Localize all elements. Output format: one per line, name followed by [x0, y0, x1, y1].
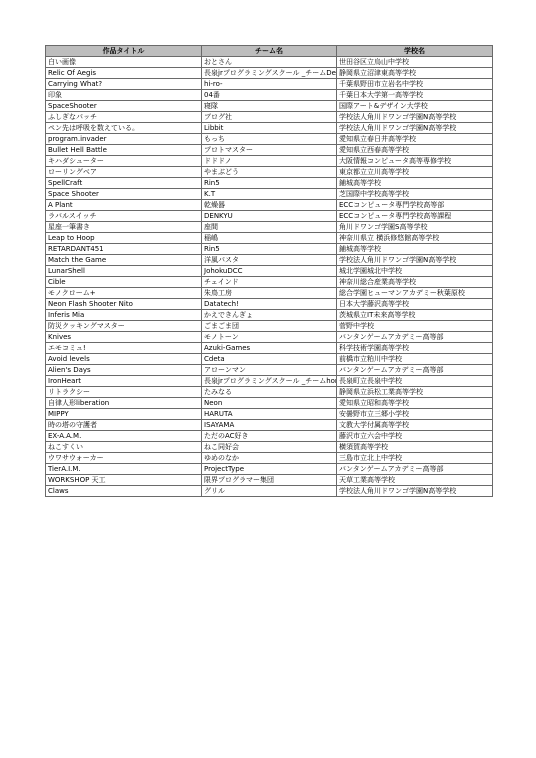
- school-name-cell: 横須賀高等学校: [337, 442, 493, 453]
- school-name-cell: 三島市立北上中学校: [337, 453, 493, 464]
- team-name-cell: Rin5: [202, 178, 337, 189]
- table-row: 自律人形liberationNeon愛知県立昭和高等学校: [46, 398, 493, 409]
- school-name-cell: 芝国際中学校高等学校: [337, 189, 493, 200]
- table-row: Clawsグリル学校法人角川ドワンゴ学園N高等学校: [46, 486, 493, 497]
- work-title-cell: 防災クッキングマスター: [46, 321, 202, 332]
- table-row: モノクローム+朱鳥工房総合学園ヒューマンアカデミー秋葉原校: [46, 288, 493, 299]
- team-name-cell: 座間: [202, 222, 337, 233]
- team-name-cell: ProjectType: [202, 464, 337, 475]
- work-title-cell: program.invader: [46, 134, 202, 145]
- school-name-cell: 茨城県立IT未来高等学校: [337, 310, 493, 321]
- team-name-cell: ゆめのなか: [202, 453, 337, 464]
- school-name-cell: 学校法人角川ドワンゴ学園N高等学校: [337, 112, 493, 123]
- team-name-cell: 洋風パスタ: [202, 255, 337, 266]
- team-name-cell: Cdeta: [202, 354, 337, 365]
- table-row: リトラクシーたみなる静岡県立浜松工業高等学校: [46, 387, 493, 398]
- school-name-cell: 学校法人角川ドワンゴ学園N高等学校: [337, 255, 493, 266]
- school-name-cell: 世田谷区立烏山中学校: [337, 57, 493, 68]
- table-row: ラバルスイッチDENKYUECCコンピュータ専門学校高等課程: [46, 211, 493, 222]
- header-title: 作品タイトル: [46, 46, 202, 57]
- table-row: SpellCraftRin5鋪城高等学校: [46, 178, 493, 189]
- table-row: エモコミュ!Azuki-Games科学技術学園高等学校: [46, 343, 493, 354]
- team-name-cell: 長泉jrプログラミングスクール _チームhorse: [202, 376, 337, 387]
- team-name-cell: おとさん: [202, 57, 337, 68]
- school-name-cell: 科学技術学園高等学校: [337, 343, 493, 354]
- table-row: Neon Flash Shooter NitoDatatech!日本大学藤沢高等…: [46, 299, 493, 310]
- school-name-cell: 神奈川総合産業高等学校: [337, 277, 493, 288]
- school-name-cell: 神奈川県立 横浜修悠館高等学校: [337, 233, 493, 244]
- team-name-cell: Datatech!: [202, 299, 337, 310]
- team-name-cell: ISAYAMA: [202, 420, 337, 431]
- work-title-cell: Alien's Days: [46, 365, 202, 376]
- work-title-cell: ウワサウォーカー: [46, 453, 202, 464]
- work-title-cell: Relic Of Aegis: [46, 68, 202, 79]
- team-name-cell: 稲嶋: [202, 233, 337, 244]
- table-row: SpaceShooter寝隊国際アート&デザイン大学校: [46, 101, 493, 112]
- work-title-cell: キハダシューター: [46, 156, 202, 167]
- table-row: 星座一筆書き座間角川ドワンゴ学園S高等学校: [46, 222, 493, 233]
- team-name-cell: HARUTA: [202, 409, 337, 420]
- work-title-cell: EX-A.A.M.: [46, 431, 202, 442]
- header-row: 作品タイトル チーム名 学校名: [46, 46, 493, 57]
- table-row: Carrying What?hi-ro-千葉県野田市立岩名中学校: [46, 79, 493, 90]
- team-name-cell: Rin5: [202, 244, 337, 255]
- team-name-cell: ブログ社: [202, 112, 337, 123]
- work-title-cell: Neon Flash Shooter Nito: [46, 299, 202, 310]
- school-name-cell: 菅野中学校: [337, 321, 493, 332]
- table-row: Match the Game洋風パスタ学校法人角川ドワンゴ学園N高等学校: [46, 255, 493, 266]
- school-name-cell: 東京都立立川高等学校: [337, 167, 493, 178]
- work-title-cell: ローリングベア: [46, 167, 202, 178]
- school-name-cell: バンタンゲームアカデミー高等部: [337, 332, 493, 343]
- school-name-cell: ECCコンピュータ専門学校高等課程: [337, 211, 493, 222]
- table-row: ローリングベアやまぶどう東京都立立川高等学校: [46, 167, 493, 178]
- team-name-cell: ねこ同好会: [202, 442, 337, 453]
- school-name-cell: 千葉日本大学第一高等学校: [337, 90, 493, 101]
- work-title-cell: MIPPY: [46, 409, 202, 420]
- table-row: WORKSHOP 天工限界プログラマー集団天草工業高等学校: [46, 475, 493, 486]
- table-row: 白い画像おとさん世田谷区立烏山中学校: [46, 57, 493, 68]
- work-title-cell: Carrying What?: [46, 79, 202, 90]
- team-name-cell: Libbit: [202, 123, 337, 134]
- table-row: MIPPYHARUTA安曇野市立三郷小学校: [46, 409, 493, 420]
- team-name-cell: Azuki-Games: [202, 343, 337, 354]
- school-name-cell: バンタンゲームアカデミー高等部: [337, 365, 493, 376]
- table-body: 白い画像おとさん世田谷区立烏山中学校Relic Of Aegis長泉jrプログラ…: [46, 57, 493, 497]
- work-title-cell: SpellCraft: [46, 178, 202, 189]
- table-row: 防災クッキングマスターごまごま団菅野中学校: [46, 321, 493, 332]
- school-name-cell: 日本大学藤沢高等学校: [337, 299, 493, 310]
- work-title-cell: RETARDANT451: [46, 244, 202, 255]
- header-team: チーム名: [202, 46, 337, 57]
- work-title-cell: ねこすくい: [46, 442, 202, 453]
- work-title-cell: LunarShell: [46, 266, 202, 277]
- work-title-cell: IronHeart: [46, 376, 202, 387]
- work-title-cell: Avoid levels: [46, 354, 202, 365]
- team-name-cell: もっち: [202, 134, 337, 145]
- school-name-cell: 国際アート&デザイン大学校: [337, 101, 493, 112]
- school-name-cell: 鋪城高等学校: [337, 244, 493, 255]
- work-title-cell: ラバルスイッチ: [46, 211, 202, 222]
- table-row: ウワサウォーカーゆめのなか三島市立北上中学校: [46, 453, 493, 464]
- team-name-cell: hi-ro-: [202, 79, 337, 90]
- school-name-cell: 総合学園ヒューマンアカデミー秋葉原校: [337, 288, 493, 299]
- team-name-cell: 04番: [202, 90, 337, 101]
- table-row: Space ShooterK.T芝国際中学校高等学校: [46, 189, 493, 200]
- team-name-cell: 乾燥器: [202, 200, 337, 211]
- school-name-cell: 愛知県立西春高等学校: [337, 145, 493, 156]
- work-title-cell: モノクローム+: [46, 288, 202, 299]
- work-title-cell: 自律人形liberation: [46, 398, 202, 409]
- table-row: Cibleチェインド神奈川総合産業高等学校: [46, 277, 493, 288]
- table-row: キハダシュータードドドノ大阪情報コンピュータ高等専修学校: [46, 156, 493, 167]
- work-title-cell: 星座一筆書き: [46, 222, 202, 233]
- school-name-cell: 学校法人角川ドワンゴ学園N高等学校: [337, 486, 493, 497]
- work-title-cell: SpaceShooter: [46, 101, 202, 112]
- work-title-cell: エモコミュ!: [46, 343, 202, 354]
- team-name-cell: Neon: [202, 398, 337, 409]
- table-row: Avoid levelsCdeta前橋市立粕川中学校: [46, 354, 493, 365]
- school-name-cell: ECCコンピュータ専門学校高等部: [337, 200, 493, 211]
- school-name-cell: 安曇野市立三郷小学校: [337, 409, 493, 420]
- team-name-cell: 朱鳥工房: [202, 288, 337, 299]
- team-name-cell: アローンマン: [202, 365, 337, 376]
- school-name-cell: バンタンゲームアカデミー高等部: [337, 464, 493, 475]
- table-row: EX-A.A.M.ただのAC好き藤沢市立六会中学校: [46, 431, 493, 442]
- school-name-cell: 学校法人角川ドワンゴ学園N高等学校: [337, 123, 493, 134]
- table-row: Alien's Daysアローンマンバンタンゲームアカデミー高等部: [46, 365, 493, 376]
- school-name-cell: 大阪情報コンピュータ高等専修学校: [337, 156, 493, 167]
- school-name-cell: 静岡県立沼津東高等学校: [337, 68, 493, 79]
- work-title-cell: WORKSHOP 天工: [46, 475, 202, 486]
- table-row: ねこすくいねこ同好会横須賀高等学校: [46, 442, 493, 453]
- table-row: program.invaderもっち愛知県立春日井高等学校: [46, 134, 493, 145]
- team-name-cell: DENKYU: [202, 211, 337, 222]
- table-row: Leap to Hoop稲嶋神奈川県立 横浜修悠館高等学校: [46, 233, 493, 244]
- team-name-cell: ごまごま団: [202, 321, 337, 332]
- team-name-cell: K.T: [202, 189, 337, 200]
- work-title-cell: Inferis Mia: [46, 310, 202, 321]
- work-title-cell: Knives: [46, 332, 202, 343]
- table-row: Knivesモノトーンバンタンゲームアカデミー高等部: [46, 332, 493, 343]
- school-name-cell: 角川ドワンゴ学園S高等学校: [337, 222, 493, 233]
- team-name-cell: やまぶどう: [202, 167, 337, 178]
- table-row: 時の塔の守護者ISAYAMA文教大学付属高等学校: [46, 420, 493, 431]
- work-title-cell: 時の塔の守護者: [46, 420, 202, 431]
- team-name-cell: プロトマスター: [202, 145, 337, 156]
- table-row: A Plant乾燥器ECCコンピュータ専門学校高等部: [46, 200, 493, 211]
- table-row: RETARDANT451Rin5鋪城高等学校: [46, 244, 493, 255]
- entries-table: 作品タイトル チーム名 学校名 白い画像おとさん世田谷区立烏山中学校Relic …: [45, 45, 493, 497]
- school-name-cell: 鋪城高等学校: [337, 178, 493, 189]
- work-title-cell: ふしぎなパッチ: [46, 112, 202, 123]
- work-title-cell: A Plant: [46, 200, 202, 211]
- table-row: LunarShellJohokuDCC城北学園城北中学校: [46, 266, 493, 277]
- work-title-cell: リトラクシー: [46, 387, 202, 398]
- work-title-cell: ペン先は呼吸を数えている。: [46, 123, 202, 134]
- work-title-cell: TierA.I.M.: [46, 464, 202, 475]
- team-name-cell: JohokuDCC: [202, 266, 337, 277]
- table-row: ふしぎなパッチブログ社学校法人角川ドワンゴ学園N高等学校: [46, 112, 493, 123]
- team-name-cell: たみなる: [202, 387, 337, 398]
- table-row: Inferis Miaかえできんぎょ茨城県立IT未来高等学校: [46, 310, 493, 321]
- work-title-cell: Match the Game: [46, 255, 202, 266]
- team-name-cell: モノトーン: [202, 332, 337, 343]
- team-name-cell: チェインド: [202, 277, 337, 288]
- school-name-cell: 城北学園城北中学校: [337, 266, 493, 277]
- school-name-cell: 愛知県立昭和高等学校: [337, 398, 493, 409]
- school-name-cell: 愛知県立春日井高等学校: [337, 134, 493, 145]
- table-row: IronHeart長泉jrプログラミングスクール _チームhorse長泉町立長泉…: [46, 376, 493, 387]
- team-name-cell: ドドドノ: [202, 156, 337, 167]
- school-name-cell: 前橋市立粕川中学校: [337, 354, 493, 365]
- table-row: Relic Of Aegis長泉jrプログラミングスクール _チームDeer静岡…: [46, 68, 493, 79]
- header-school: 学校名: [337, 46, 493, 57]
- team-name-cell: ただのAC好き: [202, 431, 337, 442]
- school-name-cell: 天草工業高等学校: [337, 475, 493, 486]
- work-title-cell: Cible: [46, 277, 202, 288]
- work-title-cell: Leap to Hoop: [46, 233, 202, 244]
- school-name-cell: 千葉県野田市立岩名中学校: [337, 79, 493, 90]
- school-name-cell: 静岡県立浜松工業高等学校: [337, 387, 493, 398]
- team-name-cell: かえできんぎょ: [202, 310, 337, 321]
- work-title-cell: 印象: [46, 90, 202, 101]
- work-title-cell: Space Shooter: [46, 189, 202, 200]
- work-title-cell: Bullet Hell Battle: [46, 145, 202, 156]
- school-name-cell: 藤沢市立六会中学校: [337, 431, 493, 442]
- team-name-cell: 限界プログラマー集団: [202, 475, 337, 486]
- work-title-cell: Claws: [46, 486, 202, 497]
- team-name-cell: 寝隊: [202, 101, 337, 112]
- school-name-cell: 長泉町立長泉中学校: [337, 376, 493, 387]
- table-row: TierA.I.M.ProjectTypeバンタンゲームアカデミー高等部: [46, 464, 493, 475]
- team-name-cell: グリル: [202, 486, 337, 497]
- table-row: 印象04番千葉日本大学第一高等学校: [46, 90, 493, 101]
- table-row: Bullet Hell Battleプロトマスター愛知県立西春高等学校: [46, 145, 493, 156]
- table-row: ペン先は呼吸を数えている。Libbit学校法人角川ドワンゴ学園N高等学校: [46, 123, 493, 134]
- school-name-cell: 文教大学付属高等学校: [337, 420, 493, 431]
- work-title-cell: 白い画像: [46, 57, 202, 68]
- team-name-cell: 長泉jrプログラミングスクール _チームDeer: [202, 68, 337, 79]
